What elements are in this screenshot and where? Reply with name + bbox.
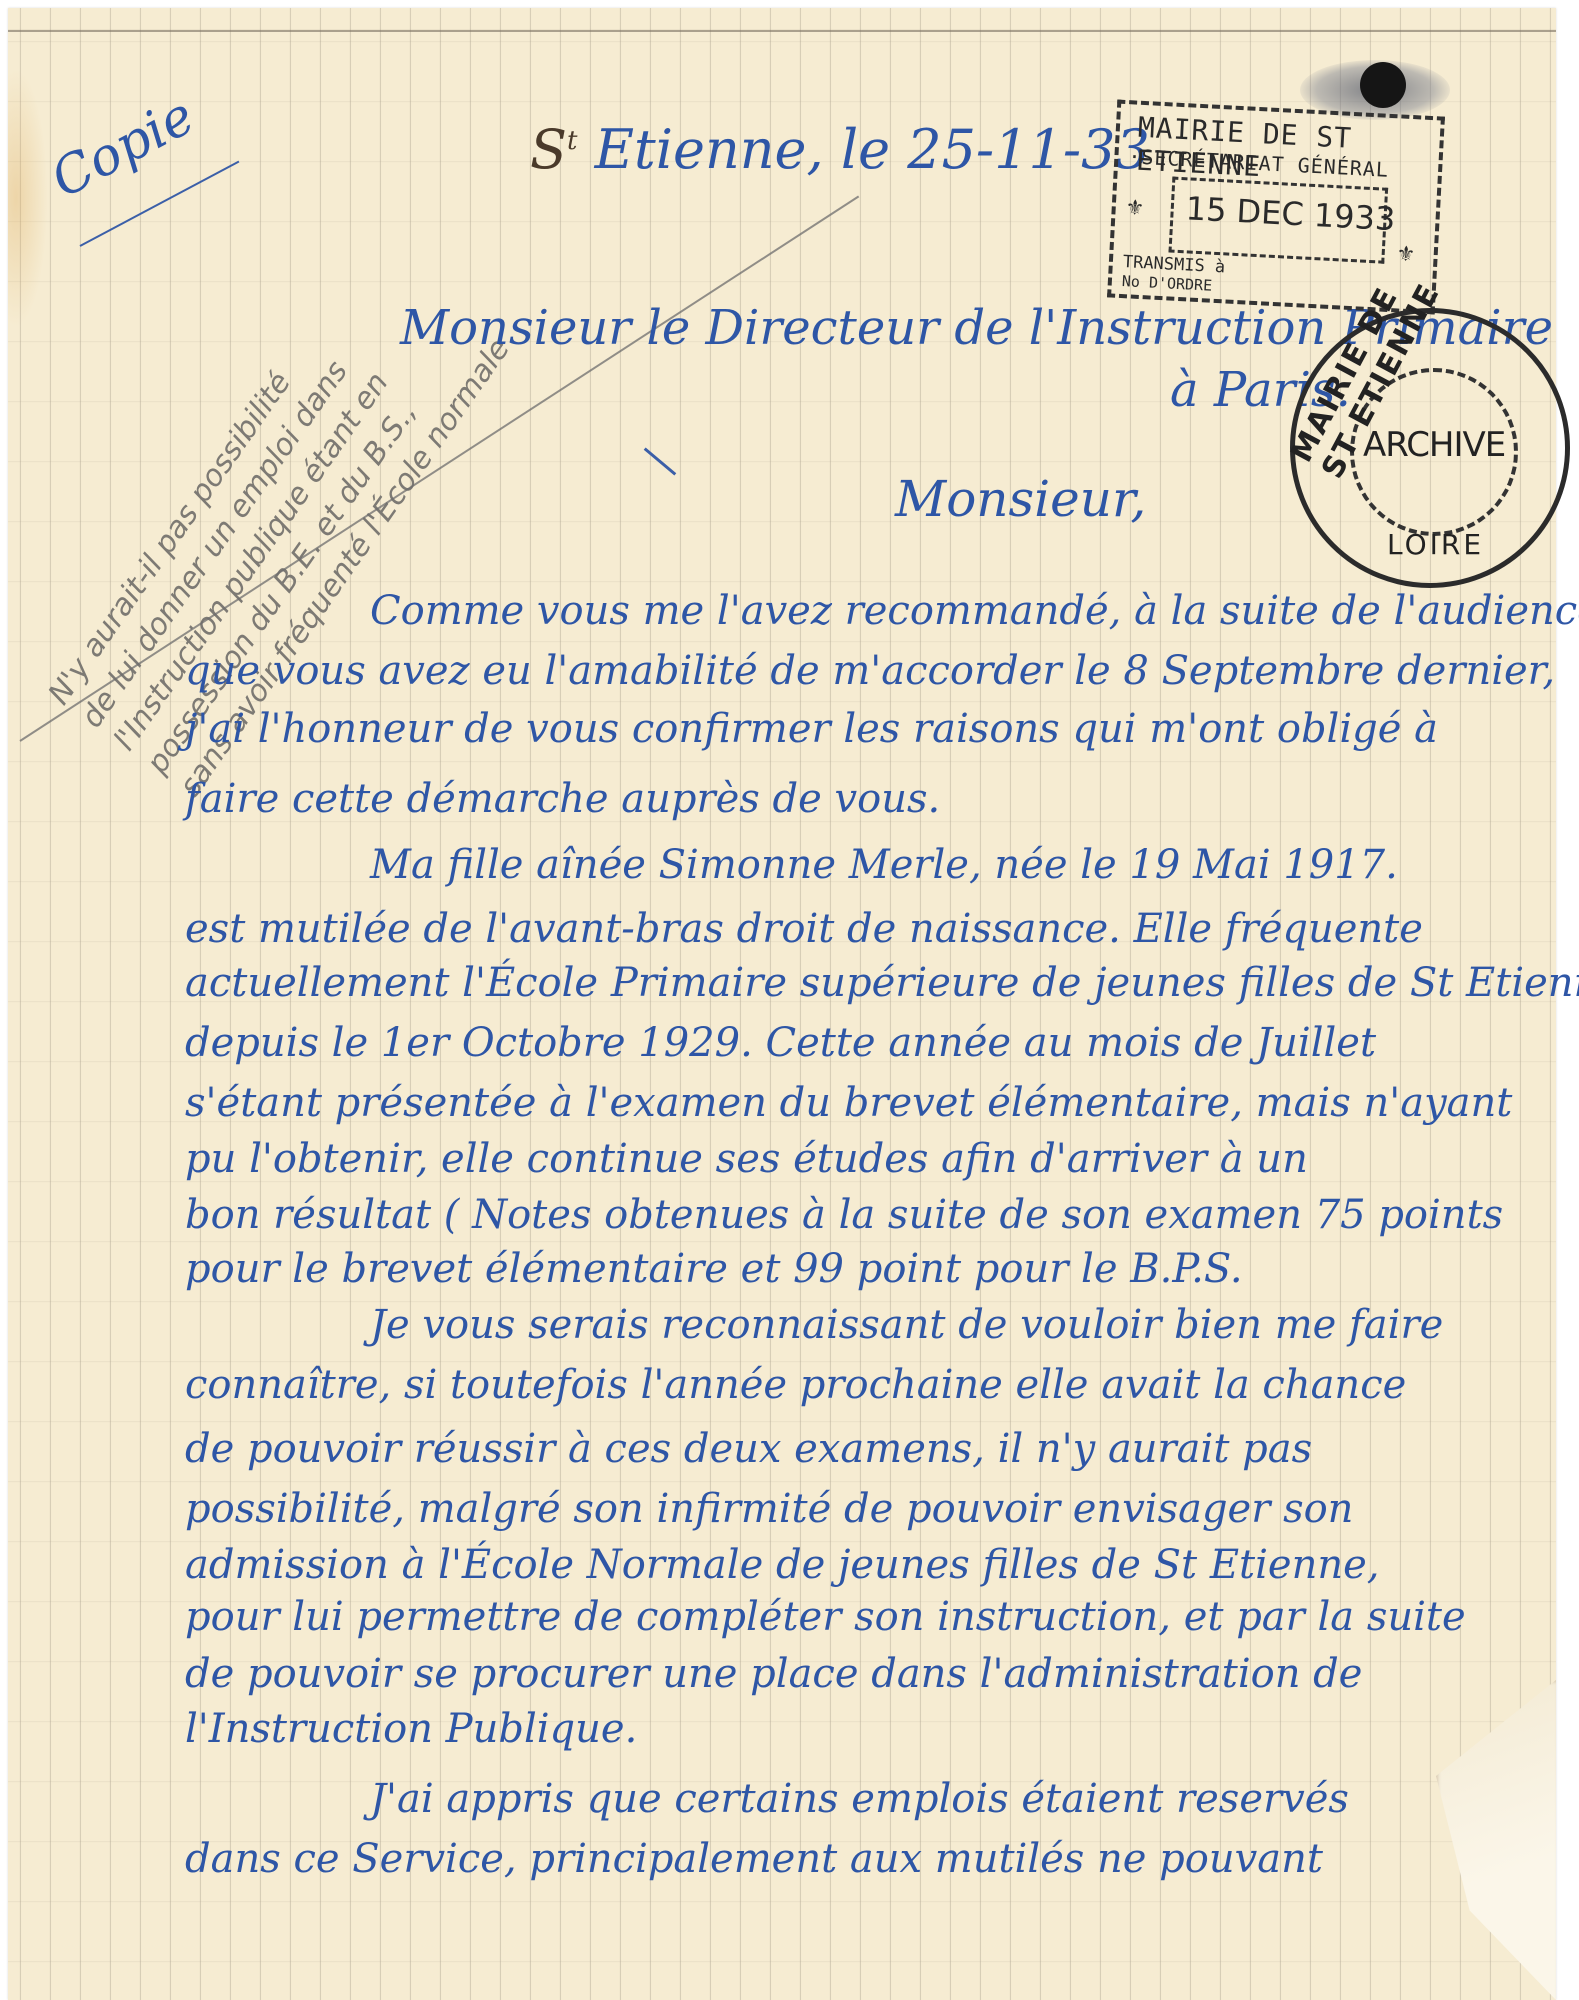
place-prefix: StSt <box>530 118 577 181</box>
body-line: l'Instruction Publique. <box>185 1706 637 1752</box>
body-line: que vous avez eu l'amabilité de m'accord… <box>185 648 1555 694</box>
fleur-icon: ⚜ <box>1127 192 1143 221</box>
body-line: de pouvoir se procurer une place dans l'… <box>185 1651 1362 1697</box>
body-line: Ma fille aînée Simonne Merle, née le 19 … <box>370 842 1398 888</box>
body-line: de pouvoir réussir à ces deux examens, i… <box>185 1426 1312 1472</box>
salutation: Monsieur, <box>895 470 1146 528</box>
body-line: pour lui permettre de compléter son inst… <box>185 1594 1466 1640</box>
body-line: Comme vous me l'avez recommandé, à la su… <box>370 588 1579 634</box>
archive-stamp-center-text: ARCHIVE <box>1363 425 1505 465</box>
paper-stain <box>8 68 48 328</box>
body-line: pour le brevet élémentaire et 99 point p… <box>185 1246 1243 1292</box>
archive-stamp-bottom-text: LOIRE <box>1387 528 1484 561</box>
place-and-date: Etienne, le 25-11-33 <box>595 118 1150 181</box>
archive-stamp: MAIRIE DE ST ETIENNE ARCHIVE LOIRE <box>1290 308 1570 588</box>
body-line: Je vous serais reconnaissant de vouloir … <box>370 1302 1443 1348</box>
body-line: J'ai appris que certains emplois étaient… <box>370 1776 1349 1822</box>
body-line: est mutilée de l'avant-bras droit de nai… <box>185 906 1423 952</box>
body-line: admission à l'École Normale de jeunes fi… <box>185 1542 1379 1588</box>
body-line: j'ai l'honneur de vous confirmer les rai… <box>185 706 1438 752</box>
body-line: depuis le 1er Octobre 1929. Cette année … <box>185 1020 1376 1066</box>
body-line: connaître, si toutefois l'année prochain… <box>185 1362 1406 1408</box>
place-date: StSt Etienne, le 25-11-33 <box>530 118 1150 181</box>
punch-hole <box>1360 62 1406 108</box>
body-line: bon résultat ( Notes obtenues à la suite… <box>185 1192 1503 1238</box>
body-line: s'étant présentée à l'examen du brevet é… <box>185 1080 1512 1126</box>
body-line: dans ce Service, principalement aux muti… <box>185 1836 1323 1882</box>
body-line: faire cette démarche auprès de vous. <box>185 776 940 822</box>
page-top-strip <box>8 8 1556 32</box>
stamp-line-4: No D'ORDRE <box>1121 272 1212 295</box>
body-line: pu l'obtenir, elle continue ses études a… <box>185 1136 1308 1182</box>
folded-corner <box>1436 1680 1556 2000</box>
body-line: possibilité, malgré son infirmité de pou… <box>185 1486 1353 1532</box>
body-line: actuellement l'École Primaire supérieure… <box>185 960 1579 1006</box>
